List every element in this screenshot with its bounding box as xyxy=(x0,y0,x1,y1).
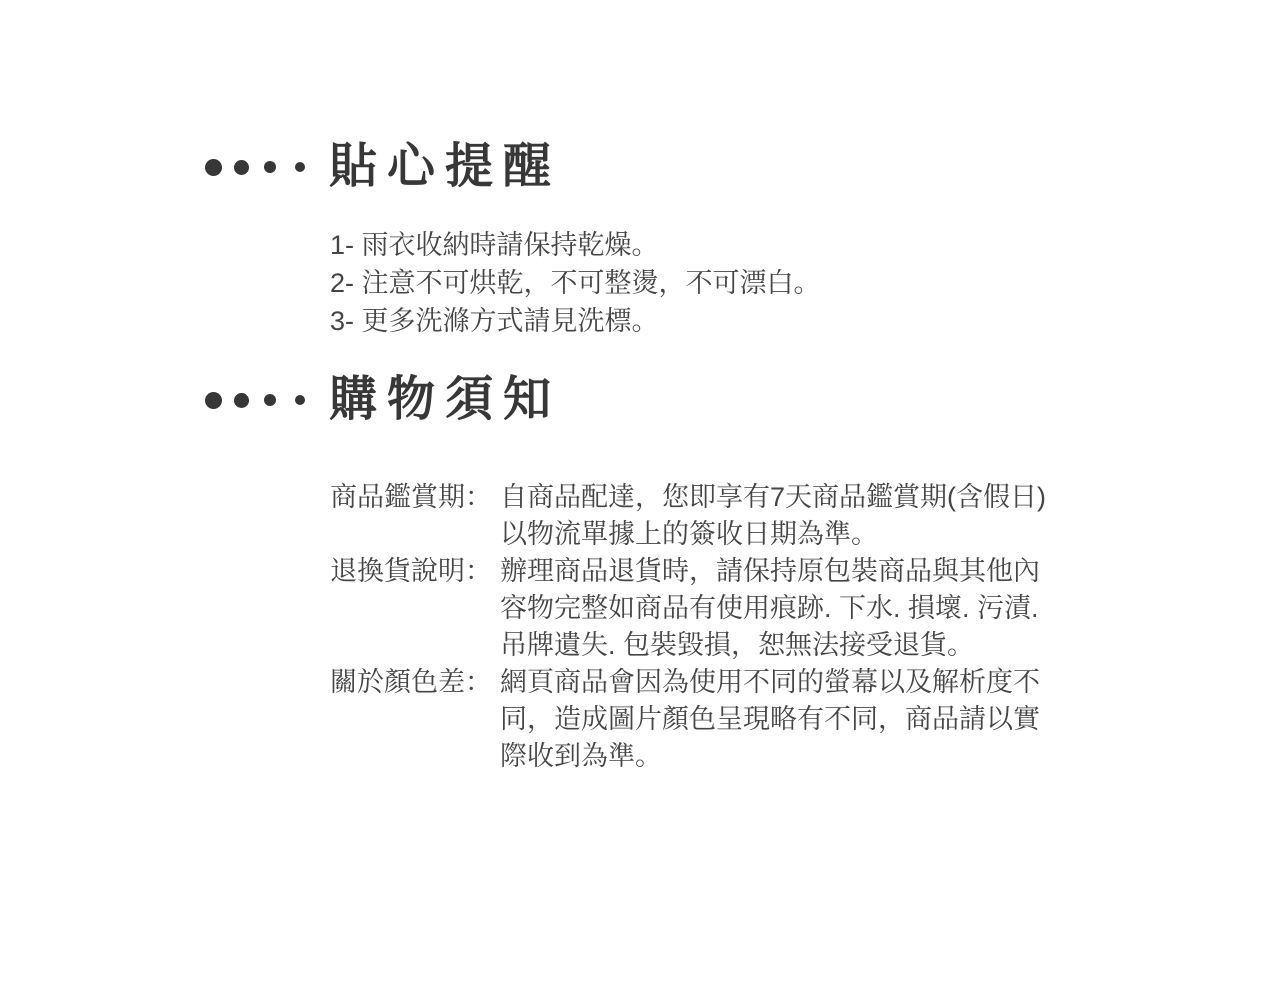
notice-entry-line: 吊牌遺失. 包裝毀損，恕無法接受退貨。 xyxy=(500,627,1040,664)
notice-entry-label: 關於顏色差： xyxy=(330,664,500,701)
notice-entry-line: 際收到為準。 xyxy=(500,738,1040,775)
notice-list: 商品鑑賞期： 自商品配達，您即享有7天商品鑑賞期(含假日) 以物流單據上的簽收日… xyxy=(330,479,1046,775)
reminder-section-header: 貼心提醒 xyxy=(205,139,561,195)
notice-entry-content: 自商品配達，您即享有7天商品鑑賞期(含假日) 以物流單據上的簽收日期為準。 xyxy=(500,479,1046,553)
reminder-item: 1- 雨衣收納時請保持乾燥。 xyxy=(330,226,821,264)
bullet-dots-icon xyxy=(205,159,305,176)
product-info-page: 貼心提醒 1- 雨衣收納時請保持乾燥。 2- 注意不可烘乾，不可整燙，不可漂白。… xyxy=(0,0,1280,984)
notice-entry-return-policy: 退換貨說明： 辦理商品退貨時，請保持原包裝商品與其他內 容物完整如商品有使用痕跡… xyxy=(330,553,1046,664)
notice-entry-line: 容物完整如商品有使用痕跡. 下水. 損壞. 污漬. xyxy=(500,590,1040,627)
dot-icon xyxy=(205,159,222,176)
notice-entry-label: 退換貨說明： xyxy=(330,553,500,590)
dot-icon xyxy=(205,392,222,409)
dot-icon xyxy=(264,394,276,406)
notice-entry-line: 以物流單據上的簽收日期為準。 xyxy=(500,516,1046,553)
bullet-dots-icon xyxy=(205,392,305,409)
dot-icon xyxy=(295,162,305,172)
notice-entry-label: 商品鑑賞期： xyxy=(330,479,500,516)
reminder-item: 3- 更多洗滌方式請見洗標。 xyxy=(330,302,821,340)
reminder-item: 2- 注意不可烘乾，不可整燙，不可漂白。 xyxy=(330,264,821,302)
notice-section-title: 購物須知 xyxy=(329,372,561,428)
notice-entry-content: 辦理商品退貨時，請保持原包裝商品與其他內 容物完整如商品有使用痕跡. 下水. 損… xyxy=(500,553,1040,664)
dot-icon xyxy=(295,395,305,405)
notice-entry-appreciation-period: 商品鑑賞期： 自商品配達，您即享有7天商品鑑賞期(含假日) 以物流單據上的簽收日… xyxy=(330,479,1046,553)
notice-entry-line: 網頁商品會因為使用不同的螢幕以及解析度不 xyxy=(500,664,1040,701)
notice-entry-color-difference: 關於顏色差： 網頁商品會因為使用不同的螢幕以及解析度不 同，造成圖片顏色呈現略有… xyxy=(330,664,1046,775)
dot-icon xyxy=(264,161,276,173)
notice-entry-content: 網頁商品會因為使用不同的螢幕以及解析度不 同，造成圖片顏色呈現略有不同，商品請以… xyxy=(500,664,1040,775)
reminder-section-title: 貼心提醒 xyxy=(329,139,561,195)
dot-icon xyxy=(234,160,249,175)
notice-entry-line: 自商品配達，您即享有7天商品鑑賞期(含假日) xyxy=(500,479,1046,516)
dot-icon xyxy=(234,393,249,408)
reminder-list: 1- 雨衣收納時請保持乾燥。 2- 注意不可烘乾，不可整燙，不可漂白。 3- 更… xyxy=(330,226,821,340)
notice-entry-line: 同，造成圖片顏色呈現略有不同，商品請以實 xyxy=(500,701,1040,738)
notice-section-header: 購物須知 xyxy=(205,372,561,428)
notice-entry-line: 辦理商品退貨時，請保持原包裝商品與其他內 xyxy=(500,553,1040,590)
